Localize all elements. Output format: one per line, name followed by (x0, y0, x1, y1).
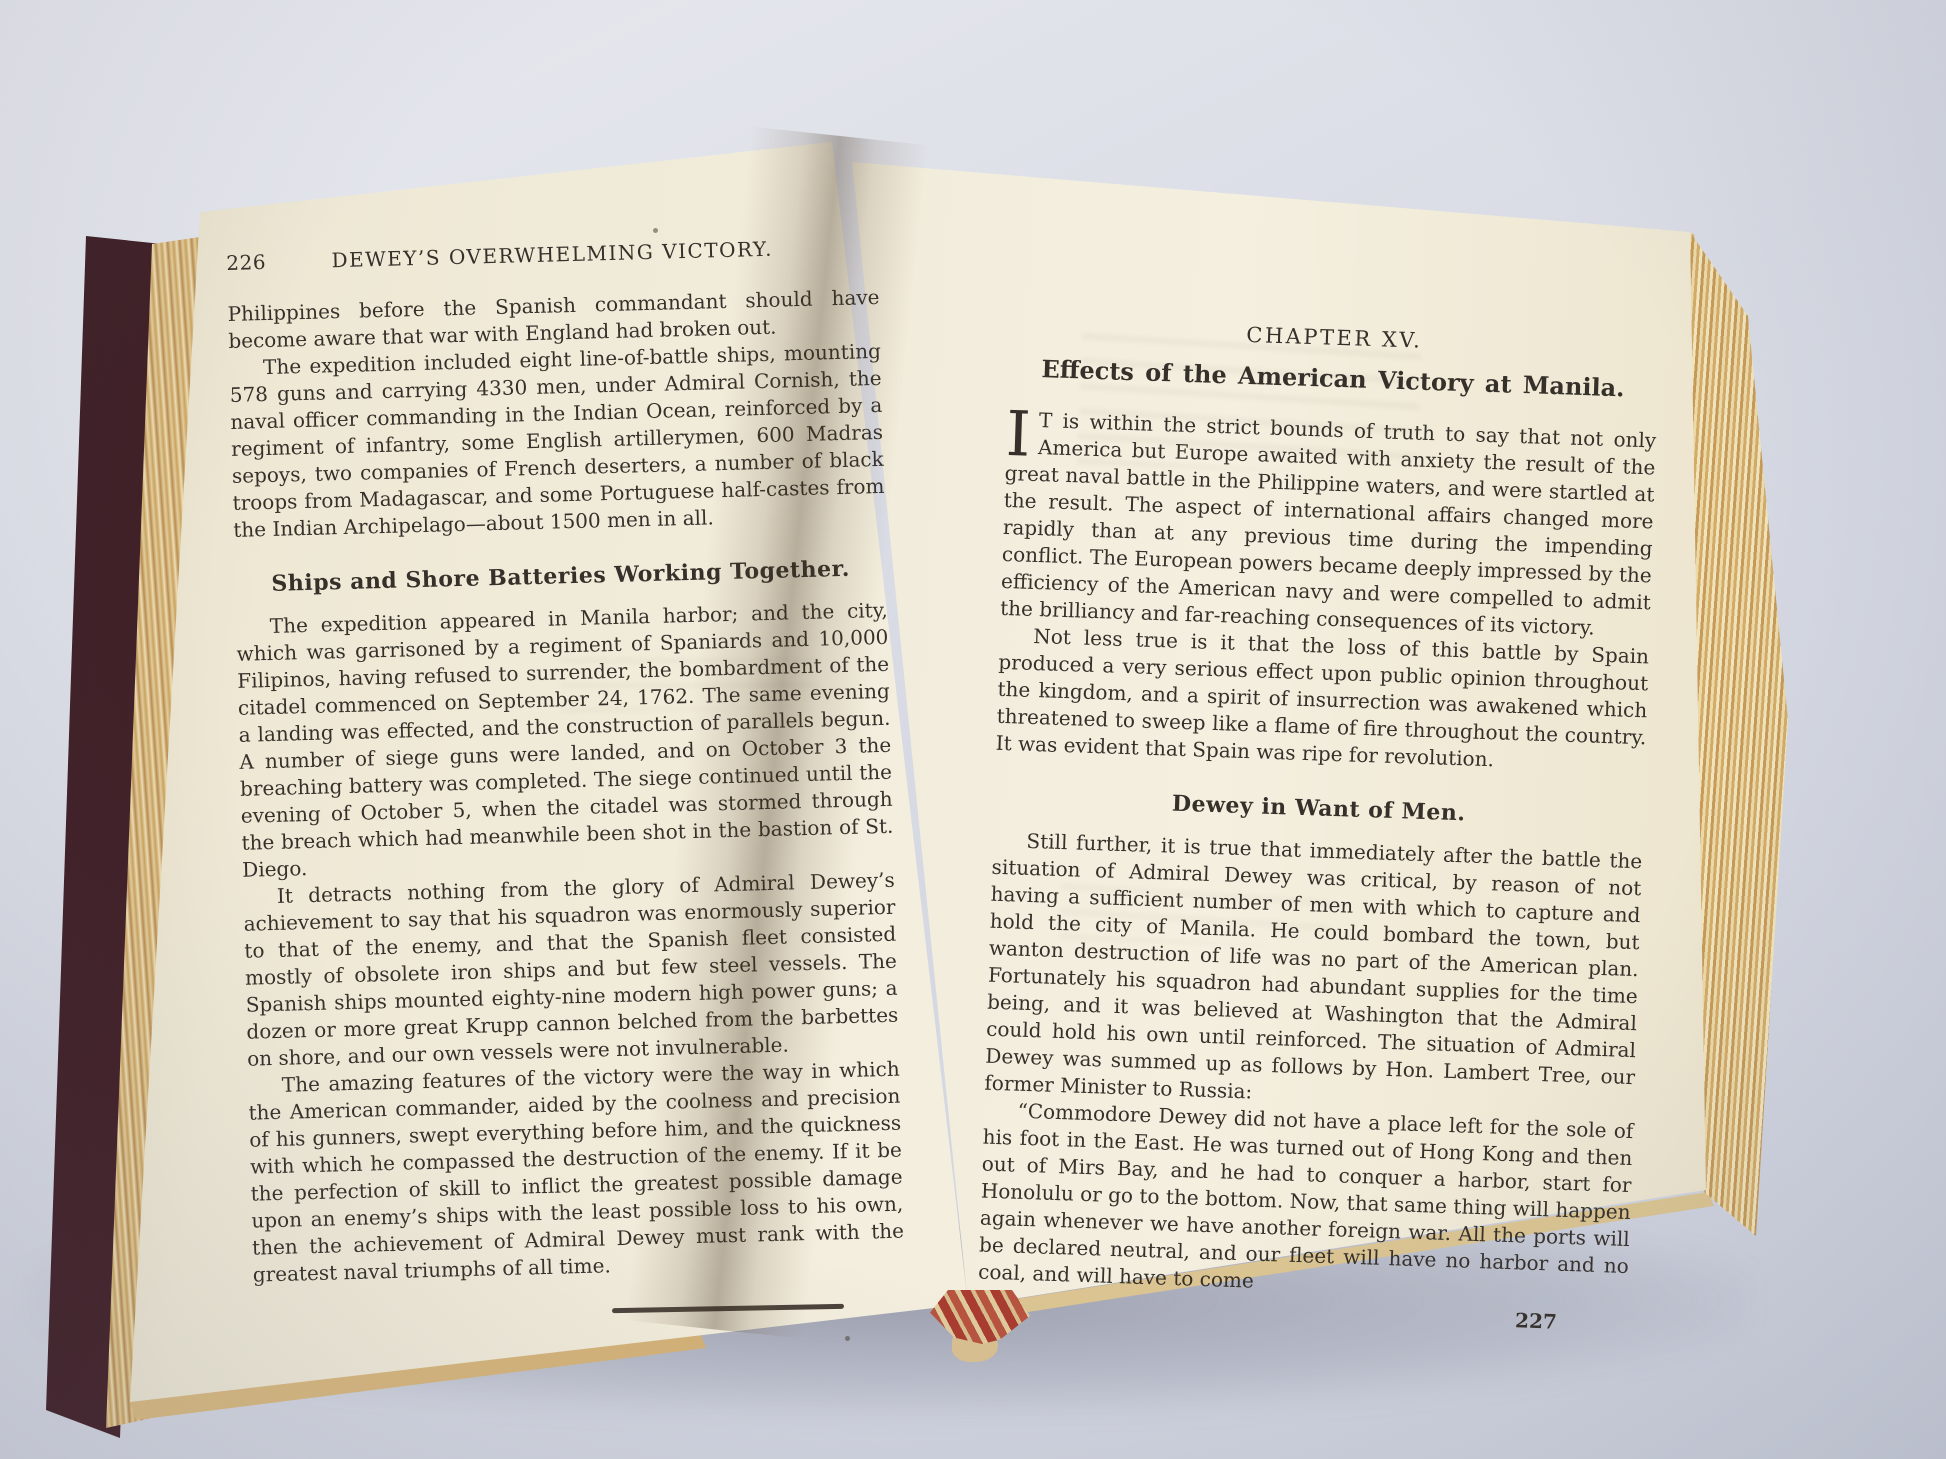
chapter-title: Effects of the American Victory at Manil… (1008, 354, 1659, 403)
section-heading: Dewey in Want of Men. (993, 785, 1644, 834)
paragraph: The expedition appeared in Manila harbor… (236, 597, 895, 884)
left-page-number: 226 (226, 248, 311, 277)
paragraph: It detracts nothing from the glory of Ad… (243, 867, 900, 1073)
paragraph: IT is within the strict bounds of truth … (1000, 406, 1657, 643)
photo-backdrop: 226 DEWEY’S OVERWHELMING VICTORY. Philip… (0, 0, 1946, 1459)
left-page-text: Philippines before the Spanish commandan… (227, 284, 905, 1289)
paragraph: Not less true is it that the loss of thi… (995, 622, 1649, 778)
right-page-text: IT is within the strict bounds of truth … (978, 406, 1657, 1307)
section-heading: Ships and Shore Batteries Working Togeth… (234, 555, 886, 599)
paragraph: Still further, it is true that immediate… (984, 827, 1643, 1118)
paragraph: The expedition included eight line-of-ba… (229, 338, 886, 544)
paragraph: The amazing features of the victory were… (248, 1056, 905, 1289)
left-page-content: 226 DEWEY’S OVERWHELMING VICTORY. Philip… (226, 233, 905, 1289)
drop-cap-initial: I (1005, 406, 1039, 460)
paper-speck (845, 1336, 850, 1341)
paper-speck (653, 228, 658, 233)
right-page-content: CHAPTER XV. Effects of the American Vict… (977, 314, 1660, 1338)
paragraph: “Commodore Dewey did not have a place le… (978, 1097, 1634, 1307)
